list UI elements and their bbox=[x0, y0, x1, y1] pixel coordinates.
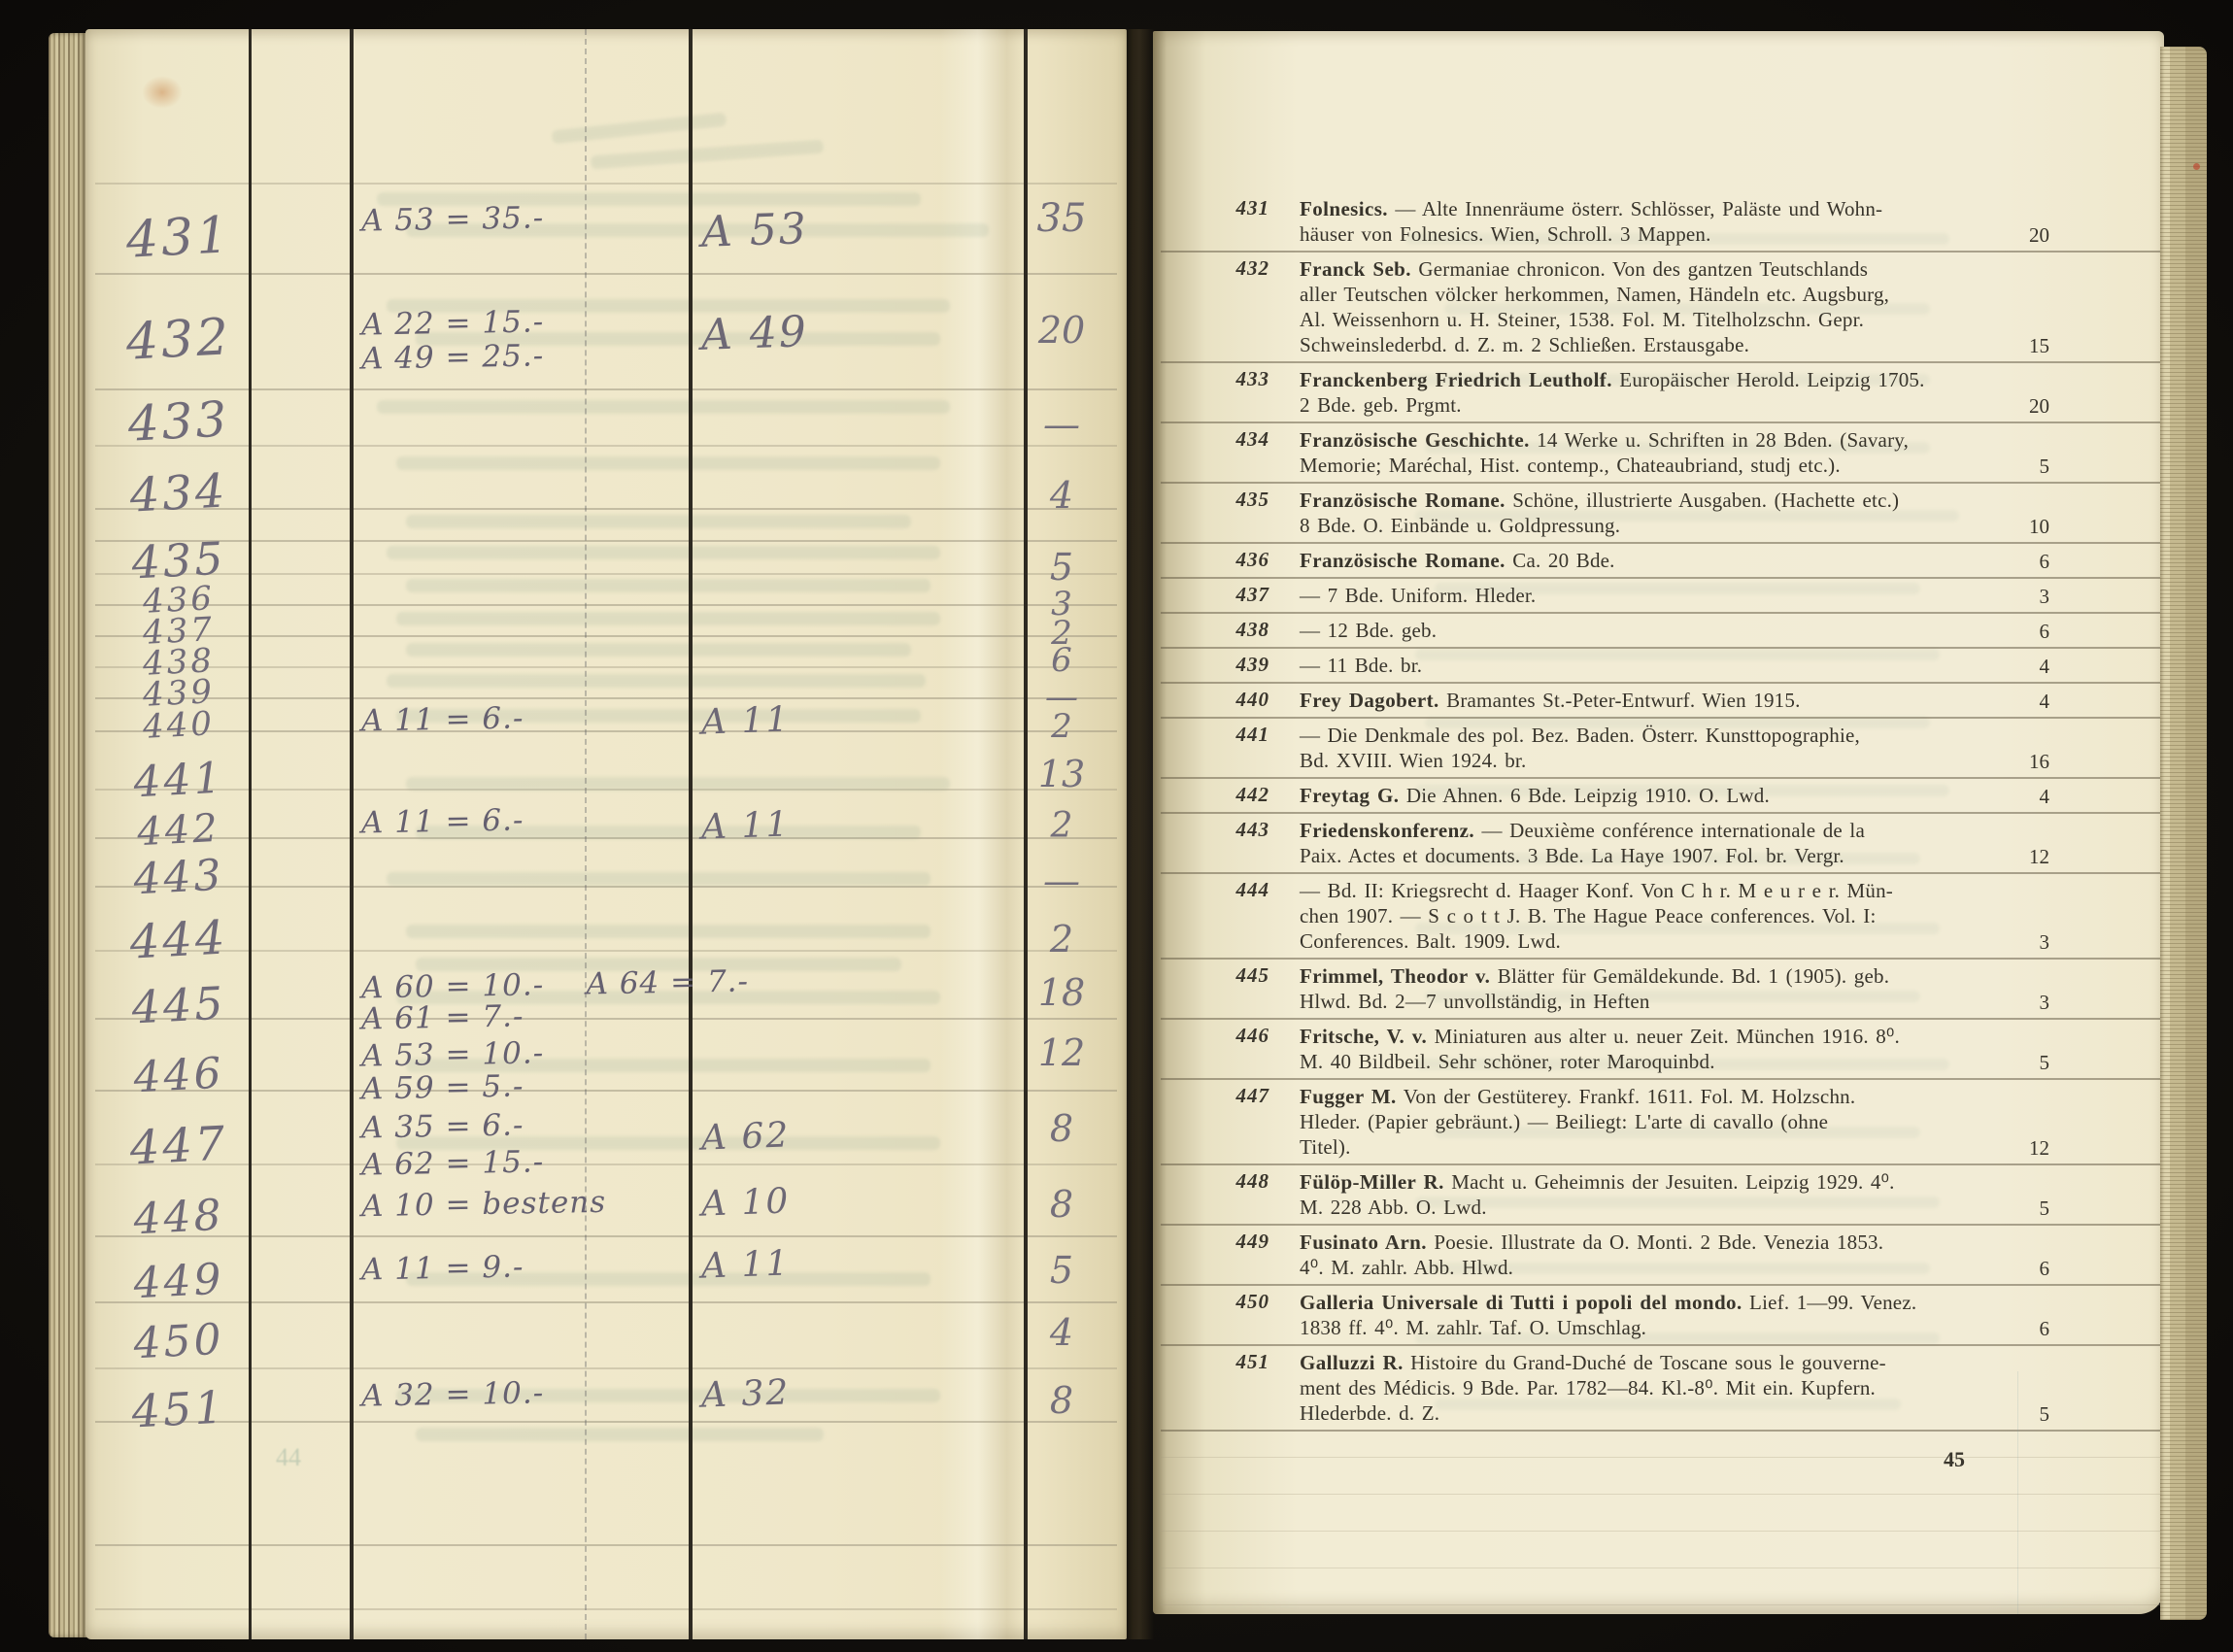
lot-number-handwritten: 447 bbox=[110, 1115, 249, 1176]
showthrough-line bbox=[387, 546, 940, 559]
entry-first-line: Galluzzi R. Histoire du Grand-Duché de T… bbox=[1300, 1350, 2049, 1375]
handwritten-result: 8 bbox=[1008, 1107, 1115, 1150]
entry-price: 5 bbox=[2040, 455, 2050, 479]
entry-lead: Freytag G. bbox=[1300, 784, 1399, 807]
handwritten-result: 4 bbox=[1008, 1311, 1115, 1354]
paper-stain bbox=[142, 76, 183, 109]
entry-text: Poesie. Illustrate da O. Monti. 2 Bde. V… bbox=[1427, 1231, 1883, 1254]
catalog-entry: 447Fugger M. Von der Gestüterey. Frankf.… bbox=[1161, 1080, 2164, 1165]
entry-line: 2 Bde. geb. Prgmt. bbox=[1300, 392, 2049, 418]
showthrough-line bbox=[406, 515, 911, 528]
entry-line: Hlederbde. d. Z. bbox=[1300, 1400, 2049, 1426]
lot-number-handwritten: 449 bbox=[110, 1253, 248, 1309]
lot-number-handwritten: 433 bbox=[110, 389, 249, 453]
lot-number-handwritten: 443 bbox=[110, 849, 248, 905]
showthrough-line bbox=[591, 140, 824, 170]
catalog-entry: 439— 11 Bde. br.4 bbox=[1161, 649, 2164, 684]
handwritten-result: 6 bbox=[1008, 641, 1115, 680]
showthrough-line bbox=[406, 579, 930, 592]
entry-price: 12 bbox=[2029, 1136, 2049, 1161]
catalog-entry: 436Französische Romane. Ca. 20 Bde.6 bbox=[1161, 544, 2164, 579]
lot-number-handwritten: 446 bbox=[110, 1047, 248, 1103]
lot-number-handwritten: 441 bbox=[110, 752, 248, 808]
entry-line: Hlwd. Bd. 2—7 unvollständig, in Heften bbox=[1300, 989, 2049, 1014]
handwritten-lot-tag: A 11 bbox=[700, 804, 791, 847]
entry-first-line: Frey Dagobert. Bramantes St.-Peter-Entwu… bbox=[1300, 688, 2049, 713]
entry-price: 6 bbox=[2040, 620, 2050, 644]
entry-first-line: Französische Geschichte. 14 Werke u. Sch… bbox=[1300, 427, 2049, 453]
entry-line: 1838 ff. 4⁰. M. zahlr. Taf. O. Umschlag. bbox=[1300, 1315, 2049, 1340]
entry-lead: Französische Romane. bbox=[1300, 489, 1506, 512]
entry-price: 6 bbox=[2040, 1257, 2050, 1281]
handwritten-lot-tag: A 32 bbox=[700, 1372, 791, 1415]
handwritten-price-note: A 60 = 10.- A 64 = 7.- bbox=[361, 964, 750, 1006]
showthrough-line bbox=[406, 777, 950, 791]
entry-price: 4 bbox=[2040, 690, 2050, 714]
handwritten-lot-tag: A 53 bbox=[700, 204, 808, 257]
entry-number: 446 bbox=[1198, 1024, 1269, 1048]
entry-number: 433 bbox=[1198, 367, 1269, 391]
entry-number: 436 bbox=[1198, 548, 1269, 572]
entry-price: 4 bbox=[2040, 655, 2050, 679]
catalog-entry: 435Französische Romane. Schöne, illustri… bbox=[1161, 484, 2164, 544]
entry-number: 434 bbox=[1198, 427, 1269, 452]
handwritten-result: 2 bbox=[1008, 918, 1115, 961]
entry-first-line: Folnesics. — Alte Innenräume österr. Sch… bbox=[1300, 196, 2049, 221]
entry-price: 6 bbox=[2040, 550, 2050, 574]
entry-line: Hleder. (Papier gebräunt.) — Beiliegt: L… bbox=[1300, 1109, 2049, 1134]
entry-number: 450 bbox=[1198, 1290, 1269, 1314]
entry-first-line: Fülöp-Miller R. Macht u. Geheimnis der J… bbox=[1300, 1169, 2049, 1195]
lot-number-handwritten: 451 bbox=[110, 1379, 249, 1438]
entry-price: 10 bbox=[2029, 515, 2049, 539]
showthrough-line bbox=[387, 674, 926, 688]
handwritten-result: — bbox=[1008, 860, 1115, 902]
entry-lead: Frey Dagobert. bbox=[1300, 689, 1439, 712]
entry-text: — 11 Bde. br. bbox=[1300, 654, 1422, 677]
entry-price: 20 bbox=[2029, 223, 2049, 248]
entry-lead: Franckenberg Friedrich Leutholf. bbox=[1300, 368, 1612, 391]
book-gutter bbox=[1125, 29, 1154, 1639]
catalog-entry: 448Fülöp-Miller R. Macht u. Geheimnis de… bbox=[1161, 1165, 2164, 1226]
entry-number: 439 bbox=[1198, 653, 1269, 677]
entry-lead: Französische Romane. bbox=[1300, 549, 1506, 572]
handwritten-price-note: A 61 = 7.- bbox=[361, 999, 524, 1037]
handwritten-result: 2 bbox=[1008, 806, 1115, 846]
handwritten-result: 8 bbox=[1008, 1379, 1115, 1422]
handwritten-result: 13 bbox=[1008, 753, 1115, 795]
handwritten-price-note: A 53 = 35.- bbox=[361, 200, 545, 238]
lot-number-handwritten: 448 bbox=[110, 1189, 248, 1245]
lot-number-handwritten: 450 bbox=[110, 1313, 248, 1369]
handwritten-lot-tag: A 49 bbox=[700, 307, 808, 360]
column-rule-1 bbox=[249, 29, 252, 1639]
column-rule-dashed bbox=[585, 29, 587, 1639]
entry-lead: Fülöp-Miller R. bbox=[1300, 1170, 1444, 1194]
edge-mark bbox=[2193, 163, 2200, 170]
lot-number-handwritten: 444 bbox=[110, 909, 249, 970]
handwritten-price-note: A 35 = 6.- bbox=[361, 1108, 524, 1146]
showthrough-line bbox=[377, 400, 950, 414]
lot-number-handwritten: 432 bbox=[110, 307, 249, 372]
entry-text: — Die Denkmale des pol. Bez. Baden. Öste… bbox=[1300, 724, 1860, 747]
handwritten-price-note: A 32 = 10.- bbox=[361, 1375, 545, 1413]
entry-first-line: Franck Seb. Germaniae chronicon. Von des… bbox=[1300, 256, 2049, 282]
entry-first-line: Galleria Universale di Tutti i popoli de… bbox=[1300, 1290, 2049, 1315]
entry-first-line: Fritsche, V. v. Miniaturen aus alter u. … bbox=[1300, 1024, 2049, 1049]
entry-line: Paix. Actes et documents. 3 Bde. La Haye… bbox=[1300, 843, 2049, 868]
entry-text: Blätter für Gemäldekunde. Bd. 1 (1905). … bbox=[1490, 964, 1889, 988]
handwritten-result: 5 bbox=[1008, 1249, 1115, 1292]
entry-line: 8 Bde. O. Einbände u. Goldpressung. bbox=[1300, 513, 2049, 538]
entry-lead: Friedenskonferenz. bbox=[1300, 819, 1474, 842]
handwritten-result: 12 bbox=[1008, 1031, 1115, 1074]
handwritten-result: 5 bbox=[1008, 546, 1115, 589]
entry-number: 437 bbox=[1198, 583, 1269, 607]
handwritten-price-note: A 59 = 5.- bbox=[361, 1069, 524, 1107]
entry-lead: Fritsche, V. v. bbox=[1300, 1025, 1427, 1048]
catalog-entry: 432Franck Seb. Germaniae chronicon. Von … bbox=[1161, 253, 2164, 363]
lot-number-handwritten: 434 bbox=[110, 462, 249, 523]
catalog-entry: 438— 12 Bde. geb.6 bbox=[1161, 614, 2164, 649]
catalog-entry: 440Frey Dagobert. Bramantes St.-Peter-En… bbox=[1161, 684, 2164, 719]
showthrough-rule bbox=[1161, 1457, 2164, 1458]
entry-lead: Galluzzi R. bbox=[1300, 1351, 1404, 1374]
entry-text: Miniaturen aus alter u. neuer Zeit. Münc… bbox=[1427, 1025, 1900, 1048]
handwritten-result: 20 bbox=[1008, 309, 1115, 352]
catalog-entry: 433Franckenberg Friedrich Leutholf. Euro… bbox=[1161, 363, 2164, 423]
catalog-entry: 437— 7 Bde. Uniform. Hleder.3 bbox=[1161, 579, 2164, 614]
entry-text: Lief. 1—99. Venez. bbox=[1742, 1291, 1917, 1314]
entry-price: 12 bbox=[2029, 845, 2049, 869]
handwritten-lot-tag: A 10 bbox=[700, 1181, 791, 1224]
entry-text: — 7 Bde. Uniform. Hleder. bbox=[1300, 584, 1536, 607]
entry-first-line: Friedenskonferenz. — Deuxième conférence… bbox=[1300, 818, 2049, 843]
handwritten-price-note: A 11 = 6.- bbox=[361, 701, 524, 739]
entry-number: 442 bbox=[1198, 783, 1269, 807]
showthrough-rule bbox=[1161, 1568, 2164, 1568]
entry-line: aller Teutschen völcker herkommen, Namen… bbox=[1300, 282, 2049, 307]
entry-line: Schweinslederbd. d. Z. m. 2 Schließen. E… bbox=[1300, 332, 2049, 357]
lot-number-handwritten: 431 bbox=[110, 205, 249, 270]
handwritten-price-note: A 22 = 15.- bbox=[361, 304, 545, 342]
handwritten-lot-tag: A 11 bbox=[700, 699, 791, 742]
entry-line: Memorie; Maréchal, Hist. contemp., Chate… bbox=[1300, 453, 2049, 478]
showthrough-line bbox=[552, 113, 727, 145]
entry-first-line: Fugger M. Von der Gestüterey. Frankf. 16… bbox=[1300, 1084, 2049, 1109]
entry-line: ment des Médicis. 9 Bde. Par. 1782—84. K… bbox=[1300, 1375, 2049, 1400]
entry-line: chen 1907. — S c o t t J. B. The Hague P… bbox=[1300, 903, 2049, 928]
entry-price: 16 bbox=[2029, 750, 2049, 774]
catalog-entry: 445Frimmel, Theodor v. Blätter für Gemäl… bbox=[1161, 960, 2164, 1020]
handwritten-result: — bbox=[1008, 403, 1115, 446]
showthrough-page-number: 44 bbox=[276, 1443, 301, 1472]
catalog-entry: 443Friedenskonferenz. — Deuxième confére… bbox=[1161, 814, 2164, 874]
entry-text: — Bd. II: Kriegsrecht d. Haager Konf. Vo… bbox=[1300, 879, 1893, 902]
entry-first-line: Französische Romane. Schöne, illustriert… bbox=[1300, 488, 2049, 513]
entry-number: 438 bbox=[1198, 618, 1269, 642]
entry-price: 15 bbox=[2029, 334, 2049, 358]
showthrough-line bbox=[396, 456, 940, 470]
catalog-entry: 444— Bd. II: Kriegsrecht d. Haager Konf.… bbox=[1161, 874, 2164, 960]
entry-first-line: — Bd. II: Kriegsrecht d. Haager Konf. Vo… bbox=[1300, 878, 2049, 903]
entry-number: 432 bbox=[1198, 256, 1269, 281]
catalog-entry: 441— Die Denkmale des pol. Bez. Baden. Ö… bbox=[1161, 719, 2164, 779]
catalog-entry: 431Folnesics. — Alte Innenräume österr. … bbox=[1161, 192, 2164, 253]
entry-number: 447 bbox=[1198, 1084, 1269, 1108]
catalog-entry: 434Französische Geschichte. 14 Werke u. … bbox=[1161, 423, 2164, 484]
right-catalog-page: 431Folnesics. — Alte Innenräume österr. … bbox=[1153, 31, 2164, 1614]
handwritten-result: 18 bbox=[1008, 971, 1115, 1014]
entry-line: M. 228 Abb. O. Lwd. bbox=[1300, 1195, 2049, 1220]
entry-line: Conferences. Balt. 1909. Lwd. bbox=[1300, 928, 2049, 954]
entry-first-line: — 11 Bde. br. bbox=[1300, 653, 2049, 678]
open-auction-catalog-photo: 431A 53 = 35.-A 5335432A 22 = 15.-A 49 =… bbox=[0, 0, 2233, 1652]
left-fore-edge-pages bbox=[49, 33, 87, 1637]
entry-lead: Franck Seb. bbox=[1300, 257, 1411, 281]
entry-number: 448 bbox=[1198, 1169, 1269, 1194]
entry-text: Macht u. Geheimnis der Jesuiten. Leipzig… bbox=[1444, 1170, 1895, 1194]
entry-price: 5 bbox=[2040, 1197, 2050, 1221]
entry-number: 445 bbox=[1198, 963, 1269, 988]
entry-price: 5 bbox=[2040, 1402, 2050, 1427]
entry-line: Bd. XVIII. Wien 1924. br. bbox=[1300, 748, 2049, 773]
catalog-entry: 449Fusinato Arn. Poesie. Illustrate da O… bbox=[1161, 1226, 2164, 1286]
entry-price: 3 bbox=[2040, 930, 2050, 955]
entry-price: 5 bbox=[2040, 1051, 2050, 1075]
entry-number: 435 bbox=[1198, 488, 1269, 512]
entry-first-line: Frimmel, Theodor v. Blätter für Gemäldek… bbox=[1300, 963, 2049, 989]
catalog-entries: 431Folnesics. — Alte Innenräume österr. … bbox=[1161, 192, 2164, 1432]
handwritten-price-note: A 49 = 25.- bbox=[361, 338, 545, 376]
showthrough-rule bbox=[1161, 1604, 2164, 1605]
entry-text: Europäischer Herold. Leipzig 1705. bbox=[1612, 368, 1925, 391]
entry-text: Ca. 20 Bde. bbox=[1506, 549, 1615, 572]
entry-lead: Galleria Universale di Tutti i popoli de… bbox=[1300, 1291, 1742, 1314]
entry-text: Germaniae chronicon. Von des gantzen Teu… bbox=[1411, 257, 1868, 281]
entry-lead: Fugger M. bbox=[1300, 1085, 1397, 1108]
handwritten-result: 4 bbox=[1008, 474, 1115, 517]
entry-first-line: — 12 Bde. geb. bbox=[1300, 618, 2049, 643]
right-fore-edge-pages bbox=[2160, 47, 2207, 1620]
entry-price: 6 bbox=[2040, 1317, 2050, 1341]
entry-number: 431 bbox=[1198, 196, 1269, 220]
showthrough-rule bbox=[1161, 1494, 2164, 1495]
entry-line: Titel). bbox=[1300, 1134, 2049, 1160]
entry-lead: Fusinato Arn. bbox=[1300, 1231, 1427, 1254]
entry-number: 441 bbox=[1198, 723, 1269, 747]
entry-text: Histoire du Grand-Duché de Toscane sous … bbox=[1404, 1351, 1886, 1374]
showthrough-line bbox=[406, 643, 911, 657]
lot-number-handwritten: 442 bbox=[110, 804, 248, 856]
entry-price: 3 bbox=[2040, 991, 2050, 1015]
handwritten-price-note: A 11 = 6.- bbox=[361, 803, 524, 841]
column-rule-3 bbox=[689, 29, 693, 1639]
handwritten-price-note: A 11 = 9.- bbox=[361, 1250, 524, 1288]
entry-text: — Deuxième conférence internationale de … bbox=[1474, 819, 1865, 842]
entry-text: 14 Werke u. Schriften in 28 Bden. (Savar… bbox=[1530, 428, 1909, 452]
column-rule-2 bbox=[350, 29, 354, 1639]
entry-text: — Alte Innenräume österr. Schlösser, Pal… bbox=[1388, 197, 1882, 220]
entry-lead: Französische Geschichte. bbox=[1300, 428, 1530, 452]
entry-first-line: — Die Denkmale des pol. Bez. Baden. Öste… bbox=[1300, 723, 2049, 748]
entry-first-line: Franckenberg Friedrich Leutholf. Europäi… bbox=[1300, 367, 2049, 392]
handwritten-lot-tag: A 11 bbox=[700, 1243, 791, 1286]
showthrough-column-rule bbox=[2017, 1371, 2018, 1614]
handwritten-lot-tag: A 62 bbox=[700, 1115, 791, 1158]
left-ledger-page: 431A 53 = 35.-A 5335432A 22 = 15.-A 49 =… bbox=[85, 29, 1127, 1639]
entry-lead: Folnesics. bbox=[1300, 197, 1388, 220]
entry-first-line: Freytag G. Die Ahnen. 6 Bde. Leipzig 191… bbox=[1300, 783, 2049, 808]
showthrough-line bbox=[396, 612, 940, 625]
catalog-entry: 450Galleria Universale di Tutti i popoli… bbox=[1161, 1286, 2164, 1346]
showthrough-line bbox=[416, 1428, 824, 1441]
lot-number-handwritten: 440 bbox=[110, 702, 248, 748]
catalog-entry: 442Freytag G. Die Ahnen. 6 Bde. Leipzig … bbox=[1161, 779, 2164, 814]
entry-first-line: Französische Romane. Ca. 20 Bde. bbox=[1300, 548, 2049, 573]
entry-number: 440 bbox=[1198, 688, 1269, 712]
entry-line: 4⁰. M. zahlr. Abb. Hlwd. bbox=[1300, 1255, 2049, 1280]
entry-number: 443 bbox=[1198, 818, 1269, 842]
showthrough-rule bbox=[1161, 1531, 2164, 1532]
entry-price: 4 bbox=[2040, 785, 2050, 809]
handwritten-result: 2 bbox=[1008, 707, 1115, 746]
showthrough-line bbox=[387, 872, 930, 886]
catalog-entry: 446Fritsche, V. v. Miniaturen aus alter … bbox=[1161, 1020, 2164, 1080]
entry-number: 451 bbox=[1198, 1350, 1269, 1374]
entry-first-line: Fusinato Arn. Poesie. Illustrate da O. M… bbox=[1300, 1230, 2049, 1255]
entry-text: — 12 Bde. geb. bbox=[1300, 619, 1437, 642]
entry-number: 444 bbox=[1198, 878, 1269, 902]
handwritten-price-note: A 62 = 15.- bbox=[361, 1144, 545, 1182]
entry-number: 449 bbox=[1198, 1230, 1269, 1254]
handwritten-price-note: A 10 = bestens bbox=[361, 1185, 607, 1224]
entry-text: Schöne, illustrierte Ausgaben. (Hachette… bbox=[1506, 489, 1899, 512]
entry-text: Bramantes St.-Peter-Entwurf. Wien 1915. bbox=[1439, 689, 1801, 712]
entry-price: 3 bbox=[2040, 585, 2050, 609]
lot-number-handwritten: 445 bbox=[110, 975, 249, 1034]
catalog-entry: 451Galluzzi R. Histoire du Grand-Duché d… bbox=[1161, 1346, 2164, 1432]
entry-lead: Frimmel, Theodor v. bbox=[1300, 964, 1490, 988]
showthrough-line bbox=[406, 925, 930, 938]
handwritten-result: 35 bbox=[1008, 196, 1115, 241]
entry-line: häuser von Folnesics. Wien, Schroll. 3 M… bbox=[1300, 221, 2049, 247]
entry-line: M. 40 Bildbeil. Sehr schöner, roter Maro… bbox=[1300, 1049, 2049, 1074]
entry-price: 20 bbox=[2029, 394, 2049, 419]
entry-line: Al. Weissenhorn u. H. Steiner, 1538. Fol… bbox=[1300, 307, 2049, 332]
entry-text: Die Ahnen. 6 Bde. Leipzig 1910. O. Lwd. bbox=[1399, 784, 1770, 807]
page-number: 45 bbox=[1920, 1447, 1988, 1472]
handwritten-result: 8 bbox=[1008, 1183, 1115, 1226]
entry-text: Von der Gestüterey. Frankf. 1611. Fol. M… bbox=[1397, 1085, 1856, 1108]
entry-first-line: — 7 Bde. Uniform. Hleder. bbox=[1300, 583, 2049, 608]
